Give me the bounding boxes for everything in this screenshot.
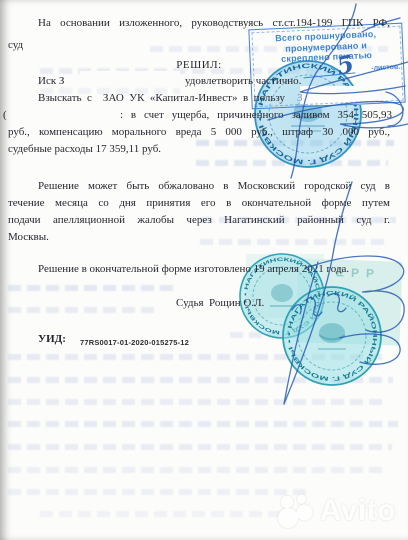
appeal-line3: подачи апелляционной жалобы через Нагати… [8,214,390,227]
damages-line2: руб., компенсацию морального вреда 5 000… [8,126,390,139]
appeal-line4: Москвы. [8,231,49,244]
final-form-line: Решение в окончательной форме изготовлен… [38,263,349,276]
claim-line-end: удовлетворить частично. [185,75,301,88]
avito-watermark-text: Avito [320,494,396,528]
ruling-intro-line2: суд [8,39,23,52]
damages-line3: судебные расходы 17 359,11 руб. [8,143,161,156]
uid-label: УИД: [38,333,66,346]
avito-watermark: Avito [277,492,396,530]
judge-line: Судья Рощин О.Л. [176,297,264,310]
court-seal-lower-right: • НАГАТИНСКИЙ РАЙОННЫЙ СУД Г. МОСКВЫ • [281,285,383,387]
scanned-court-decision-page: ЕРР • НАГАТИНСКИЙ РАЙОННЫЙ СУД Г. МОСКВЫ… [0,0,408,540]
binding-stamp-line2: пронумеровано и [250,38,402,55]
paren-mark: ( [3,109,7,122]
avito-logo-icon [277,492,315,530]
damages-line1: : в счет ущерба, причиненного заливом 35… [120,109,392,122]
collect-line: Взыскать с ЗАО УК «Капитал-Инвест» в пол… [38,92,285,105]
resolved-heading: РЕШИЛ: [8,59,390,72]
binding-stamp-line1: Всего прошнуровано, [250,28,402,45]
ruling-intro-line1: На основании изложенного, руководствуясь… [38,17,390,30]
payee-initial: З [297,92,303,105]
uid-value: 77RS0017-01-2020-015275-12 [80,336,189,349]
appeal-line2: течение месяца со дня принятия его в око… [8,197,390,210]
claim-line-start: Иск З [38,75,64,88]
redaction-patch [80,71,180,86]
handwritten-underline [303,72,355,78]
appeal-line1: Решение может быть обжаловано в Московск… [38,180,390,193]
